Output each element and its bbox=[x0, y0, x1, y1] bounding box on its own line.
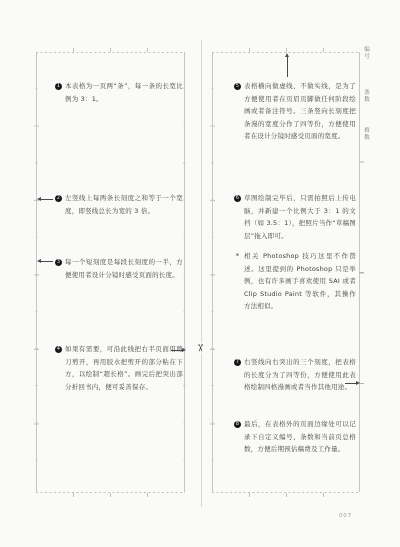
page-number: 007 bbox=[339, 513, 352, 519]
margin-label-panels: 格数 bbox=[362, 127, 370, 141]
item-number-badge: 4 bbox=[55, 346, 62, 353]
arrow-left-icon bbox=[41, 199, 53, 200]
item-number-badge: 8 bbox=[234, 421, 241, 428]
item-number-badge: 6 bbox=[234, 195, 241, 202]
instruction-item-2: 2 左竖线上每两条长刻度之和等于一个宽度，即竖线总长为宽的 3 倍。 bbox=[55, 192, 183, 217]
instruction-item-6: 6 草图绘制完毕后，只需拍照后上传电脑，并新建一个比例大于 3：1 的文档（如 … bbox=[234, 192, 356, 242]
left-template-top-dashed-line bbox=[36, 52, 185, 53]
item-text: 相关 Photoshop 技巧这里不作赘述。这里提到的 Photoshop 只是… bbox=[244, 250, 356, 313]
item-text: 右竖线向右突出的三个刻度，把表格的长度分为了四等份，方便使用此表格绘制四格漫画或… bbox=[244, 356, 356, 394]
footnote-item: * 相关 Photoshop 技巧这里不作赘述。这里提到的 Photoshop … bbox=[234, 250, 356, 313]
item-text: 如果有需要，可沿此线把右半页面用剪刀剪开，再用胶水把剪开的部分粘在下方，以绘制“… bbox=[65, 343, 183, 393]
item-number-badge: 2 bbox=[55, 195, 62, 202]
item-text: 草图绘制完毕后，只需拍照后上传电脑，并新建一个比例大于 3：1 的文档（如 3.… bbox=[244, 192, 356, 242]
item-number-badge: 5 bbox=[234, 83, 241, 90]
item-number-badge: 7 bbox=[234, 359, 241, 366]
instruction-item-5: 5 表格横向做虚线、不做实线，是为了方便使用者在页眉页脚做任何阶段绘画或者备注符… bbox=[234, 80, 356, 143]
left-template-bottom-ticks bbox=[37, 493, 183, 497]
instruction-item-3: 3 每一个短刻度是每段长刻度的一半，方便使用者设计分镜时感受页面的长度。 bbox=[55, 256, 183, 281]
arrow-up-icon bbox=[287, 57, 288, 77]
asterisk-marker: * bbox=[234, 250, 241, 263]
right-template-top-ticks bbox=[213, 48, 359, 52]
item-text: 最后，在表格外的页面边缘处可以记录下自定义编号、条数和当前页总格数，方便后期预估… bbox=[244, 418, 356, 456]
left-line-short-ticks bbox=[35, 52, 38, 492]
item-number-badge: 3 bbox=[55, 259, 62, 266]
item-text: 左竖线上每两条长刻度之和等于一个宽度，即竖线总长为宽的 3 倍。 bbox=[65, 192, 183, 217]
item-text: 每一个短刻度是每段长刻度的一半，方便使用者设计分镜时感受页面的长度。 bbox=[65, 256, 183, 281]
item-text: 表格横向做虚线、不做实线，是为了方便使用者在页眉页脚做任何阶段绘画或者备注符号。… bbox=[244, 80, 356, 143]
margin-label-number: 编号 bbox=[362, 46, 370, 60]
item-text: 本表格为一页两“条”，每一条的长宽比例为 3：1。 bbox=[65, 80, 183, 105]
left-template-top-ticks bbox=[37, 48, 183, 52]
arrow-left-icon bbox=[41, 261, 53, 262]
cut-line bbox=[201, 40, 202, 507]
right-left-line-short-ticks bbox=[211, 52, 214, 492]
instruction-item-1: 1 本表格为一页两“条”，每一条的长宽比例为 3：1。 bbox=[55, 80, 183, 105]
right-line-quarter-ticks bbox=[359, 52, 364, 492]
margin-label-strips: 条数 bbox=[362, 89, 370, 103]
left-right-line-short-ticks bbox=[183, 52, 186, 492]
right-template-bottom-ticks bbox=[213, 493, 359, 497]
scissors-icon: ✂ bbox=[194, 343, 204, 353]
book-page: ✂ 1 本表格为一页两“条”，每一条的长宽比例为 3：1。 2 左竖线上每两条长… bbox=[0, 0, 400, 547]
instruction-item-7: 7 右竖线向右突出的三个刻度，把表格的长度分为了四等份，方便使用此表格绘制四格漫… bbox=[234, 356, 356, 394]
instruction-item-8: 8 最后，在表格外的页面边缘处可以记录下自定义编号、条数和当前页总格数，方便后期… bbox=[234, 418, 356, 456]
instruction-item-4: 4 如果有需要，可沿此线把右半页面用剪刀剪开，再用胶水把剪开的部分粘在下方，以绘… bbox=[55, 343, 183, 393]
item-number-badge: 1 bbox=[55, 83, 62, 90]
